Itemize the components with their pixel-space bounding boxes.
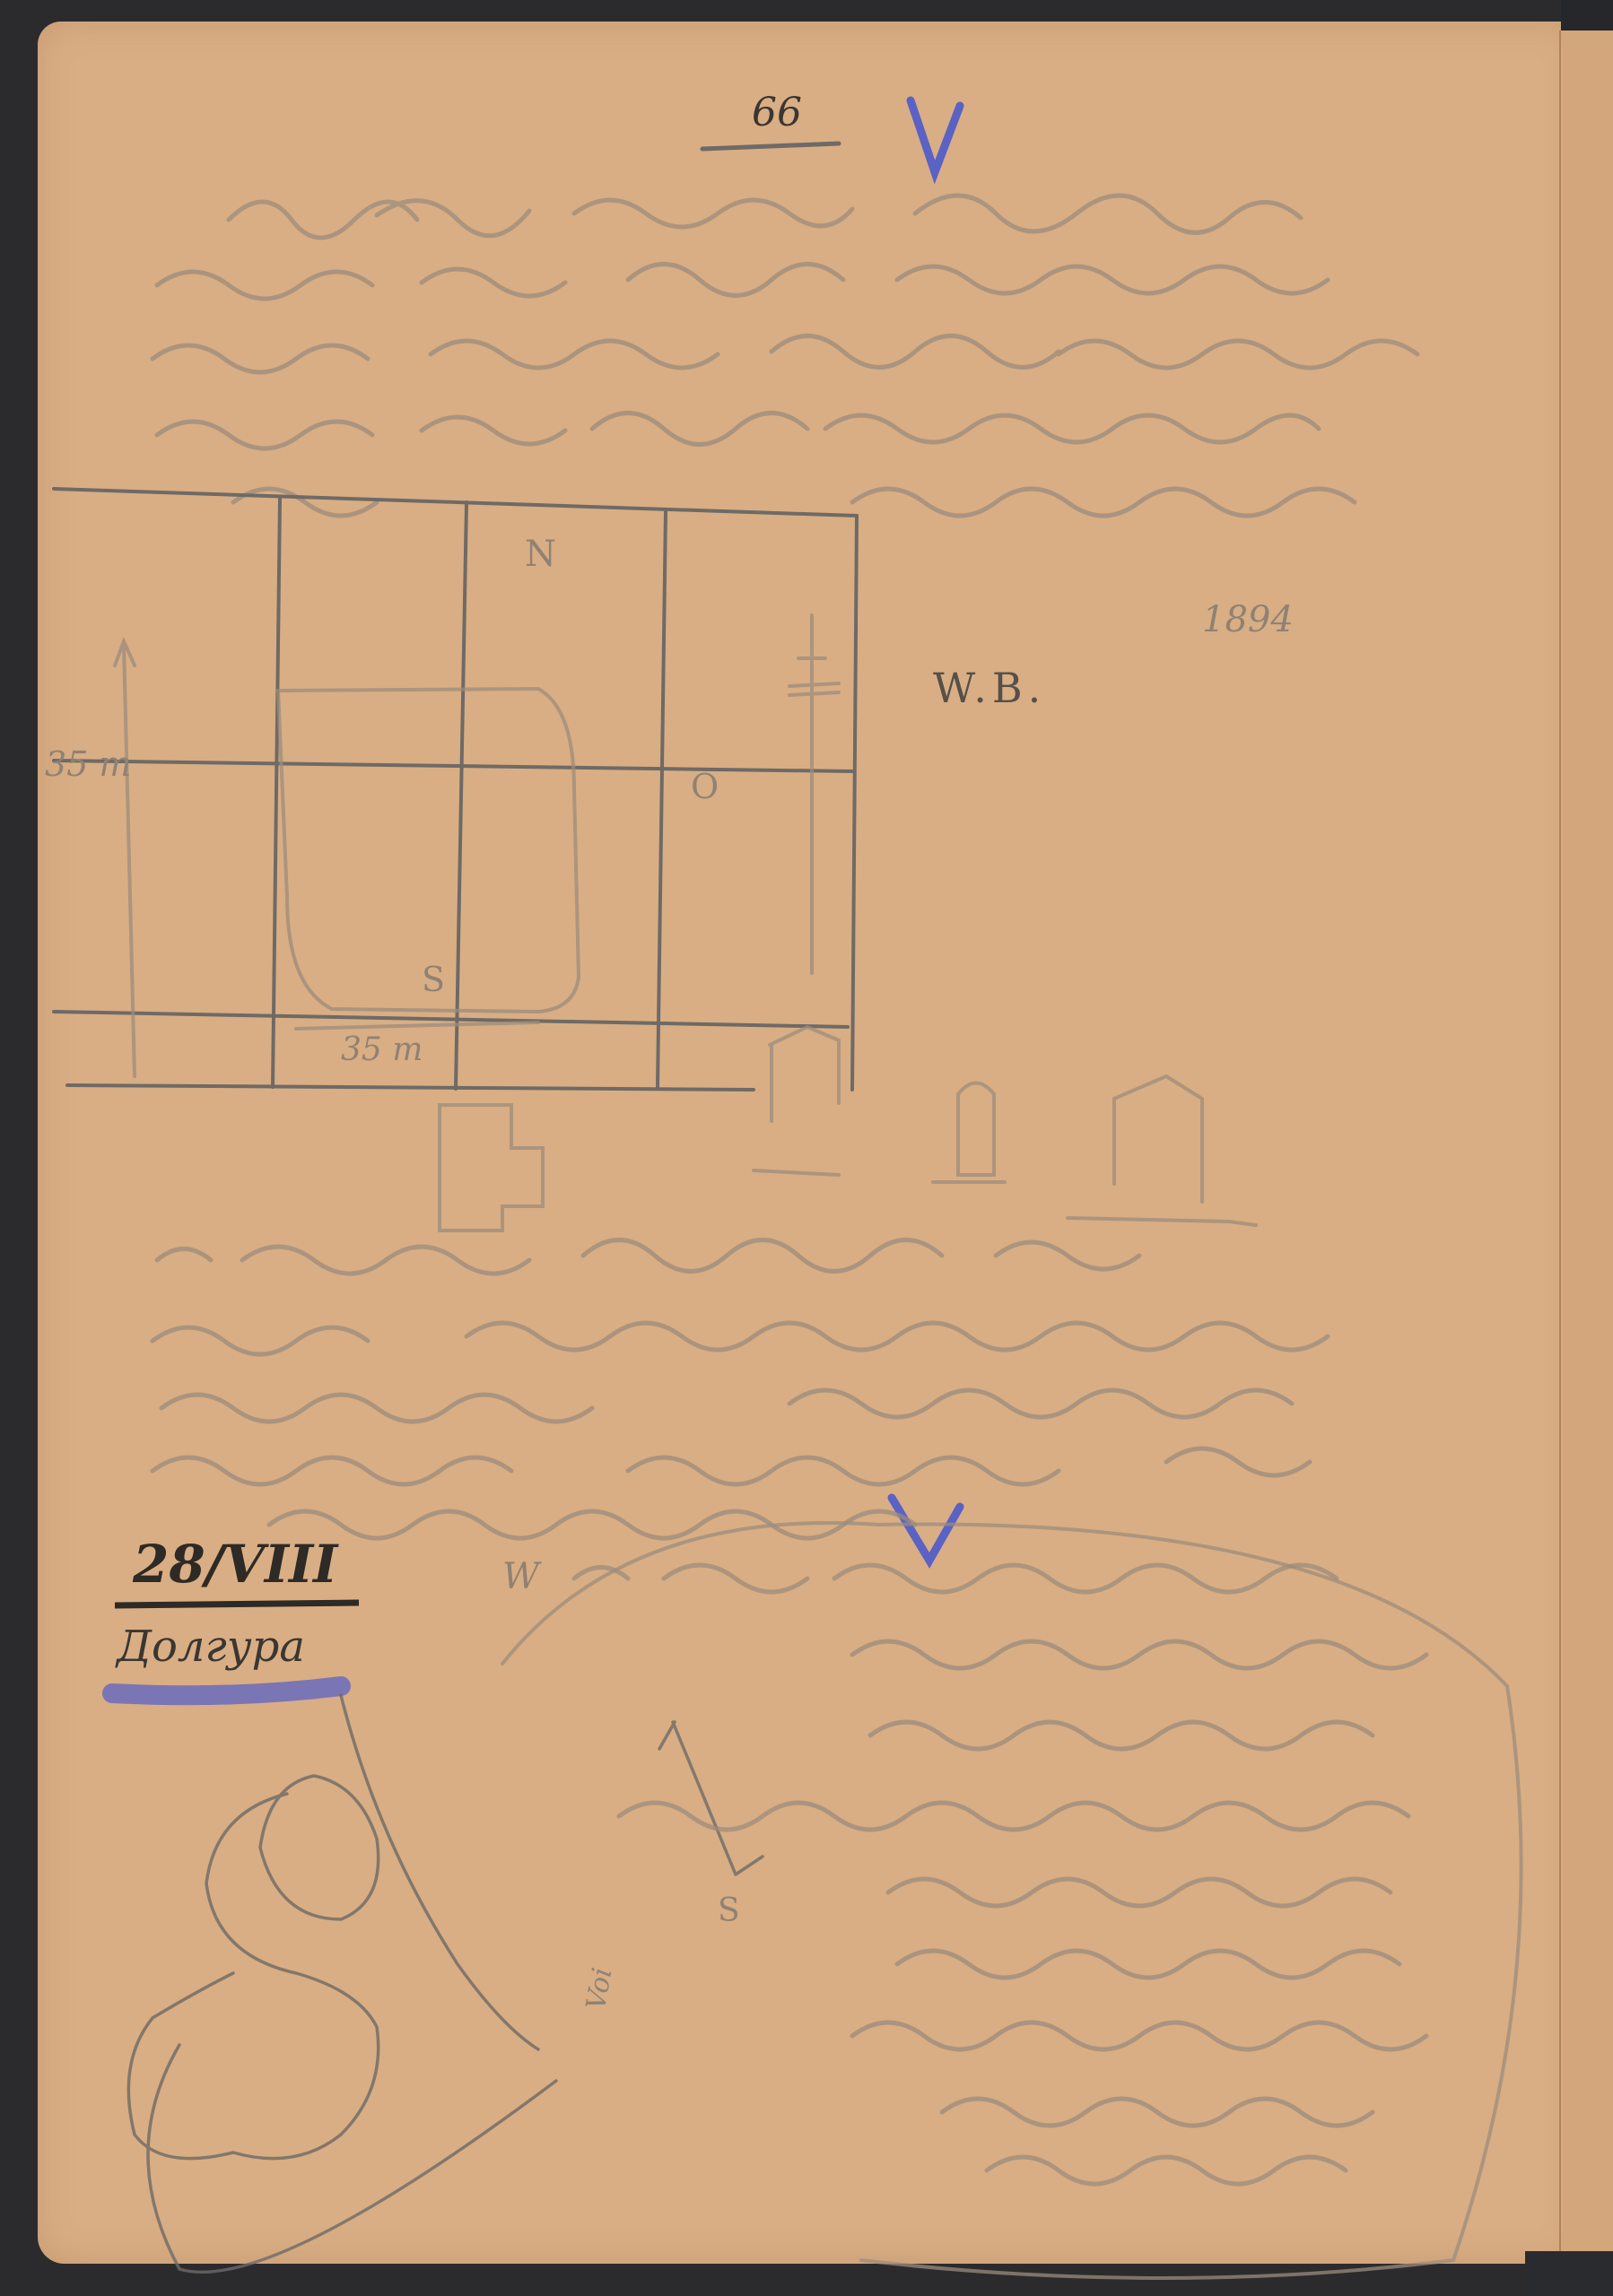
blue-check-mark-top [911,100,960,172]
site-plan-grid [54,489,857,1090]
page-number: 66 [752,90,802,135]
site-plan-inner-outline [115,615,839,1076]
wb-abbreviation: W.B. [933,664,1046,712]
entry-place: Долгура [117,1622,305,1672]
terrain-sketch [128,1695,763,2272]
blue-place-underline [112,1686,341,1695]
top-paragraph-scribbles [153,196,1417,516]
entry-date: 28/VIII [133,1534,337,1595]
building-sketches [440,1027,1256,1231]
page-number-underline [702,143,839,149]
year-1894: 1894 [1202,599,1294,640]
west-dimension-label: 35 m [45,744,131,784]
compass-south-label: S [422,960,445,999]
compass-east-label: O [691,767,719,806]
blue-check-mark-middle [892,1498,960,1561]
sketch-south-label: S [718,1892,740,1929]
bottom-dimension-label: 35 m [341,1031,423,1068]
bottom-notes-scribbles [574,1565,1426,2184]
pencil-drawings [0,0,1613,2296]
compass-north-label: N [525,534,556,575]
middle-paragraph-scribbles [153,1240,1328,1539]
bottom-oval-outline [502,1523,1521,2278]
date-underline [115,1603,359,1605]
bottom-notes-west-label: W [502,1556,539,1597]
